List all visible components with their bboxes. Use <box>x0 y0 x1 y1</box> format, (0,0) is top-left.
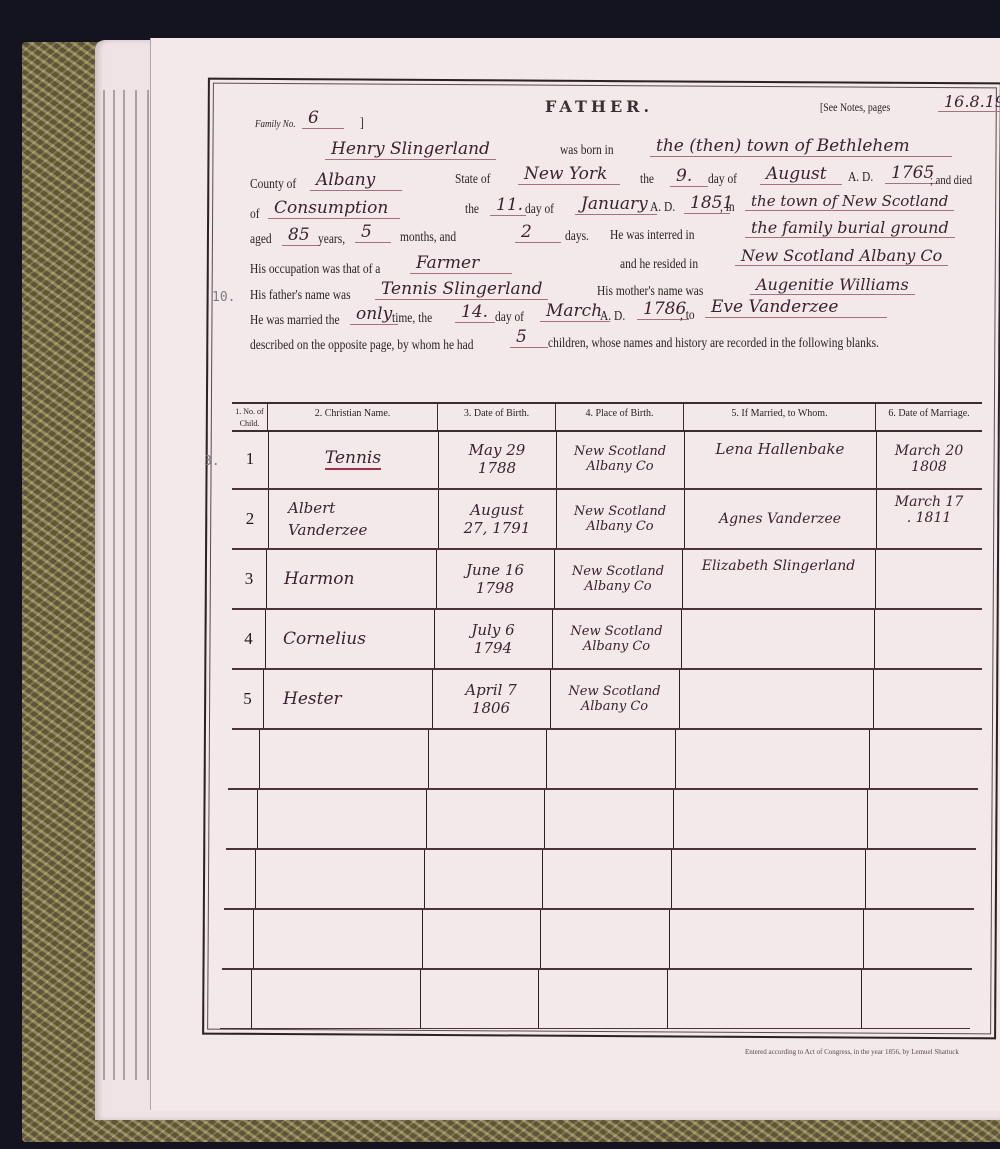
copyright-notice: Entered according to Act of Congress, in… <box>745 1048 959 1056</box>
time-label: time, the <box>392 311 432 327</box>
years-label: years, <box>318 232 345 248</box>
children-count: 5 <box>510 327 548 348</box>
days-label: days. <box>565 229 589 245</box>
age-days: 2 <box>515 222 561 243</box>
birth-date-line2: 1794 <box>474 639 512 657</box>
to-label: , to <box>680 308 695 324</box>
cause-of-death: Consumption <box>268 198 400 219</box>
age-years: 85 <box>282 225 318 246</box>
mothers-name: Augenitie Williams <box>750 275 915 295</box>
marriage-date-line2: . 1811 <box>907 510 952 526</box>
table-row-empty <box>228 730 978 790</box>
table-header: 1. No. of Child. 2. Christian Name. 3. D… <box>232 402 982 432</box>
child-no: 2 <box>232 490 268 548</box>
birth-month: August <box>760 164 842 185</box>
col-child-no: 1. No. of Child. <box>232 404 268 430</box>
birth-place-line2: Albany Co <box>586 519 653 534</box>
marriage-day: 14. <box>455 302 495 323</box>
interred-in: the family burial ground <box>745 218 955 238</box>
birth-place-line1: New Scotland <box>574 504 666 519</box>
birth-date-line2: 1788 <box>478 459 516 477</box>
table-row: 3 Harmon June 161798 New ScotlandAlbany … <box>232 550 982 610</box>
born-in-label: was born in <box>560 143 614 159</box>
birth-the-label: the <box>640 172 654 188</box>
table-row: 2 Albert Vanderzee August27, 1791 New Sc… <box>232 490 982 550</box>
birth-date-line1: April 7 <box>465 681 517 699</box>
col-christian-name: 2. Christian Name. <box>268 404 438 430</box>
birth-place-line2: Albany Co <box>581 699 648 714</box>
spouse-name: Lena Hallenbake <box>716 440 845 458</box>
spouse-name: Agnes Vanderzee <box>719 511 841 527</box>
resided-label: and he resided in <box>620 257 698 273</box>
birth-date-line1: June 16 <box>466 561 524 579</box>
table-row-empty <box>226 790 976 850</box>
birthplace: the (then) town of Bethlehem <box>650 136 952 157</box>
birth-day-of-label: day of <box>708 172 737 188</box>
children-label: children, whose names and history are re… <box>548 336 879 352</box>
col-date-of-marriage: 6. Date of Marriage. <box>876 404 982 430</box>
child-name: Cornelius <box>283 629 366 649</box>
see-notes-label: [See Notes, pages <box>820 100 890 115</box>
col-married-to: 5. If Married, to Whom. <box>684 404 876 430</box>
col-place-of-birth: 4. Place of Birth. <box>556 404 684 430</box>
table-row-empty <box>224 850 974 910</box>
birth-day: 9. <box>670 166 708 187</box>
age-months: 5 <box>355 222 391 243</box>
child-name: Albert Vanderzee <box>288 497 388 541</box>
occupation-label: His occupation was that of a <box>250 262 380 278</box>
county: Albany <box>310 170 402 191</box>
birth-place-line1: New Scotland <box>570 624 662 639</box>
birth-date-line1: May 29 <box>469 441 526 459</box>
birth-place-line1: New Scotland <box>574 444 666 459</box>
interred-label: He was interred in <box>610 228 694 244</box>
table-row: 1 Tennis May 291788 New ScotlandAlbany C… <box>232 430 982 490</box>
marriage-date-line2: 1808 <box>911 459 947 475</box>
table-row: 4 Cornelius July 61794 New ScotlandAlban… <box>232 610 982 670</box>
birth-place-line1: New Scotland <box>568 684 660 699</box>
family-no-label: Family No. <box>255 118 296 130</box>
died-of-label: of <box>250 207 260 223</box>
spouse-name: Elizabeth Slingerland <box>702 558 856 574</box>
months-label: months, and <box>400 230 456 246</box>
marriage-date-line1: March 20 <box>895 443 964 459</box>
married-time: only <box>350 304 398 325</box>
child-no: 4 <box>232 610 265 668</box>
death-month: January <box>575 194 657 215</box>
family-no: 6 <box>302 108 344 129</box>
state-label: State of <box>455 172 490 188</box>
table-row-empty <box>222 910 972 970</box>
birth-place-line1: New Scotland <box>572 564 664 579</box>
marriage-date-line1: March 17 <box>895 494 964 510</box>
marriage-day-of-label: day of <box>495 310 524 326</box>
aged-label: aged <box>250 232 272 248</box>
father-name: Henry Slingerland <box>325 139 496 160</box>
death-day-of-label: day of <box>525 202 554 218</box>
birth-place-line2: Albany Co <box>583 639 650 654</box>
margin-note-father: 10. <box>212 290 235 305</box>
birth-place-line2: Albany Co <box>584 579 651 594</box>
page-title: FATHER. <box>545 97 653 116</box>
child-name: Harmon <box>284 569 354 589</box>
child-no: 5 <box>232 670 263 728</box>
see-notes-pages: 16.8.19 <box>938 92 1000 112</box>
mothers-name-label: His mother's name was <box>597 284 703 300</box>
described-label: described on the opposite page, by whom … <box>250 338 473 354</box>
and-died-label: ; and died <box>930 172 972 188</box>
birth-date-line2: 1798 <box>476 579 514 597</box>
birth-date-line2: 27, 1791 <box>464 519 531 537</box>
county-label: County of <box>250 177 296 193</box>
birth-ad-label: A. D. <box>848 170 873 186</box>
state: New York <box>518 164 620 185</box>
col-date-of-birth: 3. Date of Birth. <box>438 404 556 430</box>
death-place: the town of New Scotland <box>745 192 954 211</box>
resided-in: New Scotland Albany Co <box>735 246 948 266</box>
child-name: Hester <box>283 689 342 709</box>
table-row: 5 Hester April 71806 New ScotlandAlbany … <box>232 670 982 730</box>
birth-place-line2: Albany Co <box>586 459 653 474</box>
married-label: He was married the <box>250 313 340 329</box>
marriage-ad-label: A. D. <box>600 309 625 325</box>
table-row-empty <box>220 970 970 1029</box>
died-in-label: , in <box>720 200 735 216</box>
death-ad-label: A. D. <box>650 200 675 216</box>
child-no: 1 <box>232 430 268 488</box>
family-no-bracket: ] <box>360 116 364 132</box>
child-no: 3 <box>232 550 266 608</box>
birth-date-line1: July 6 <box>471 621 514 639</box>
child-name: Tennis <box>325 448 381 470</box>
birth-date-line2: 1806 <box>472 699 510 717</box>
fathers-name: Tennis Slingerland <box>375 279 548 300</box>
margin-note-child: 3. <box>204 454 220 469</box>
spouse: Eve Vanderzee <box>705 297 887 318</box>
occupation: Farmer <box>410 253 512 274</box>
death-the-label: the <box>465 202 479 218</box>
birth-date-line1: August <box>470 501 523 519</box>
death-day: 11. <box>490 195 526 216</box>
fathers-name-label: His father's name was <box>250 288 351 304</box>
